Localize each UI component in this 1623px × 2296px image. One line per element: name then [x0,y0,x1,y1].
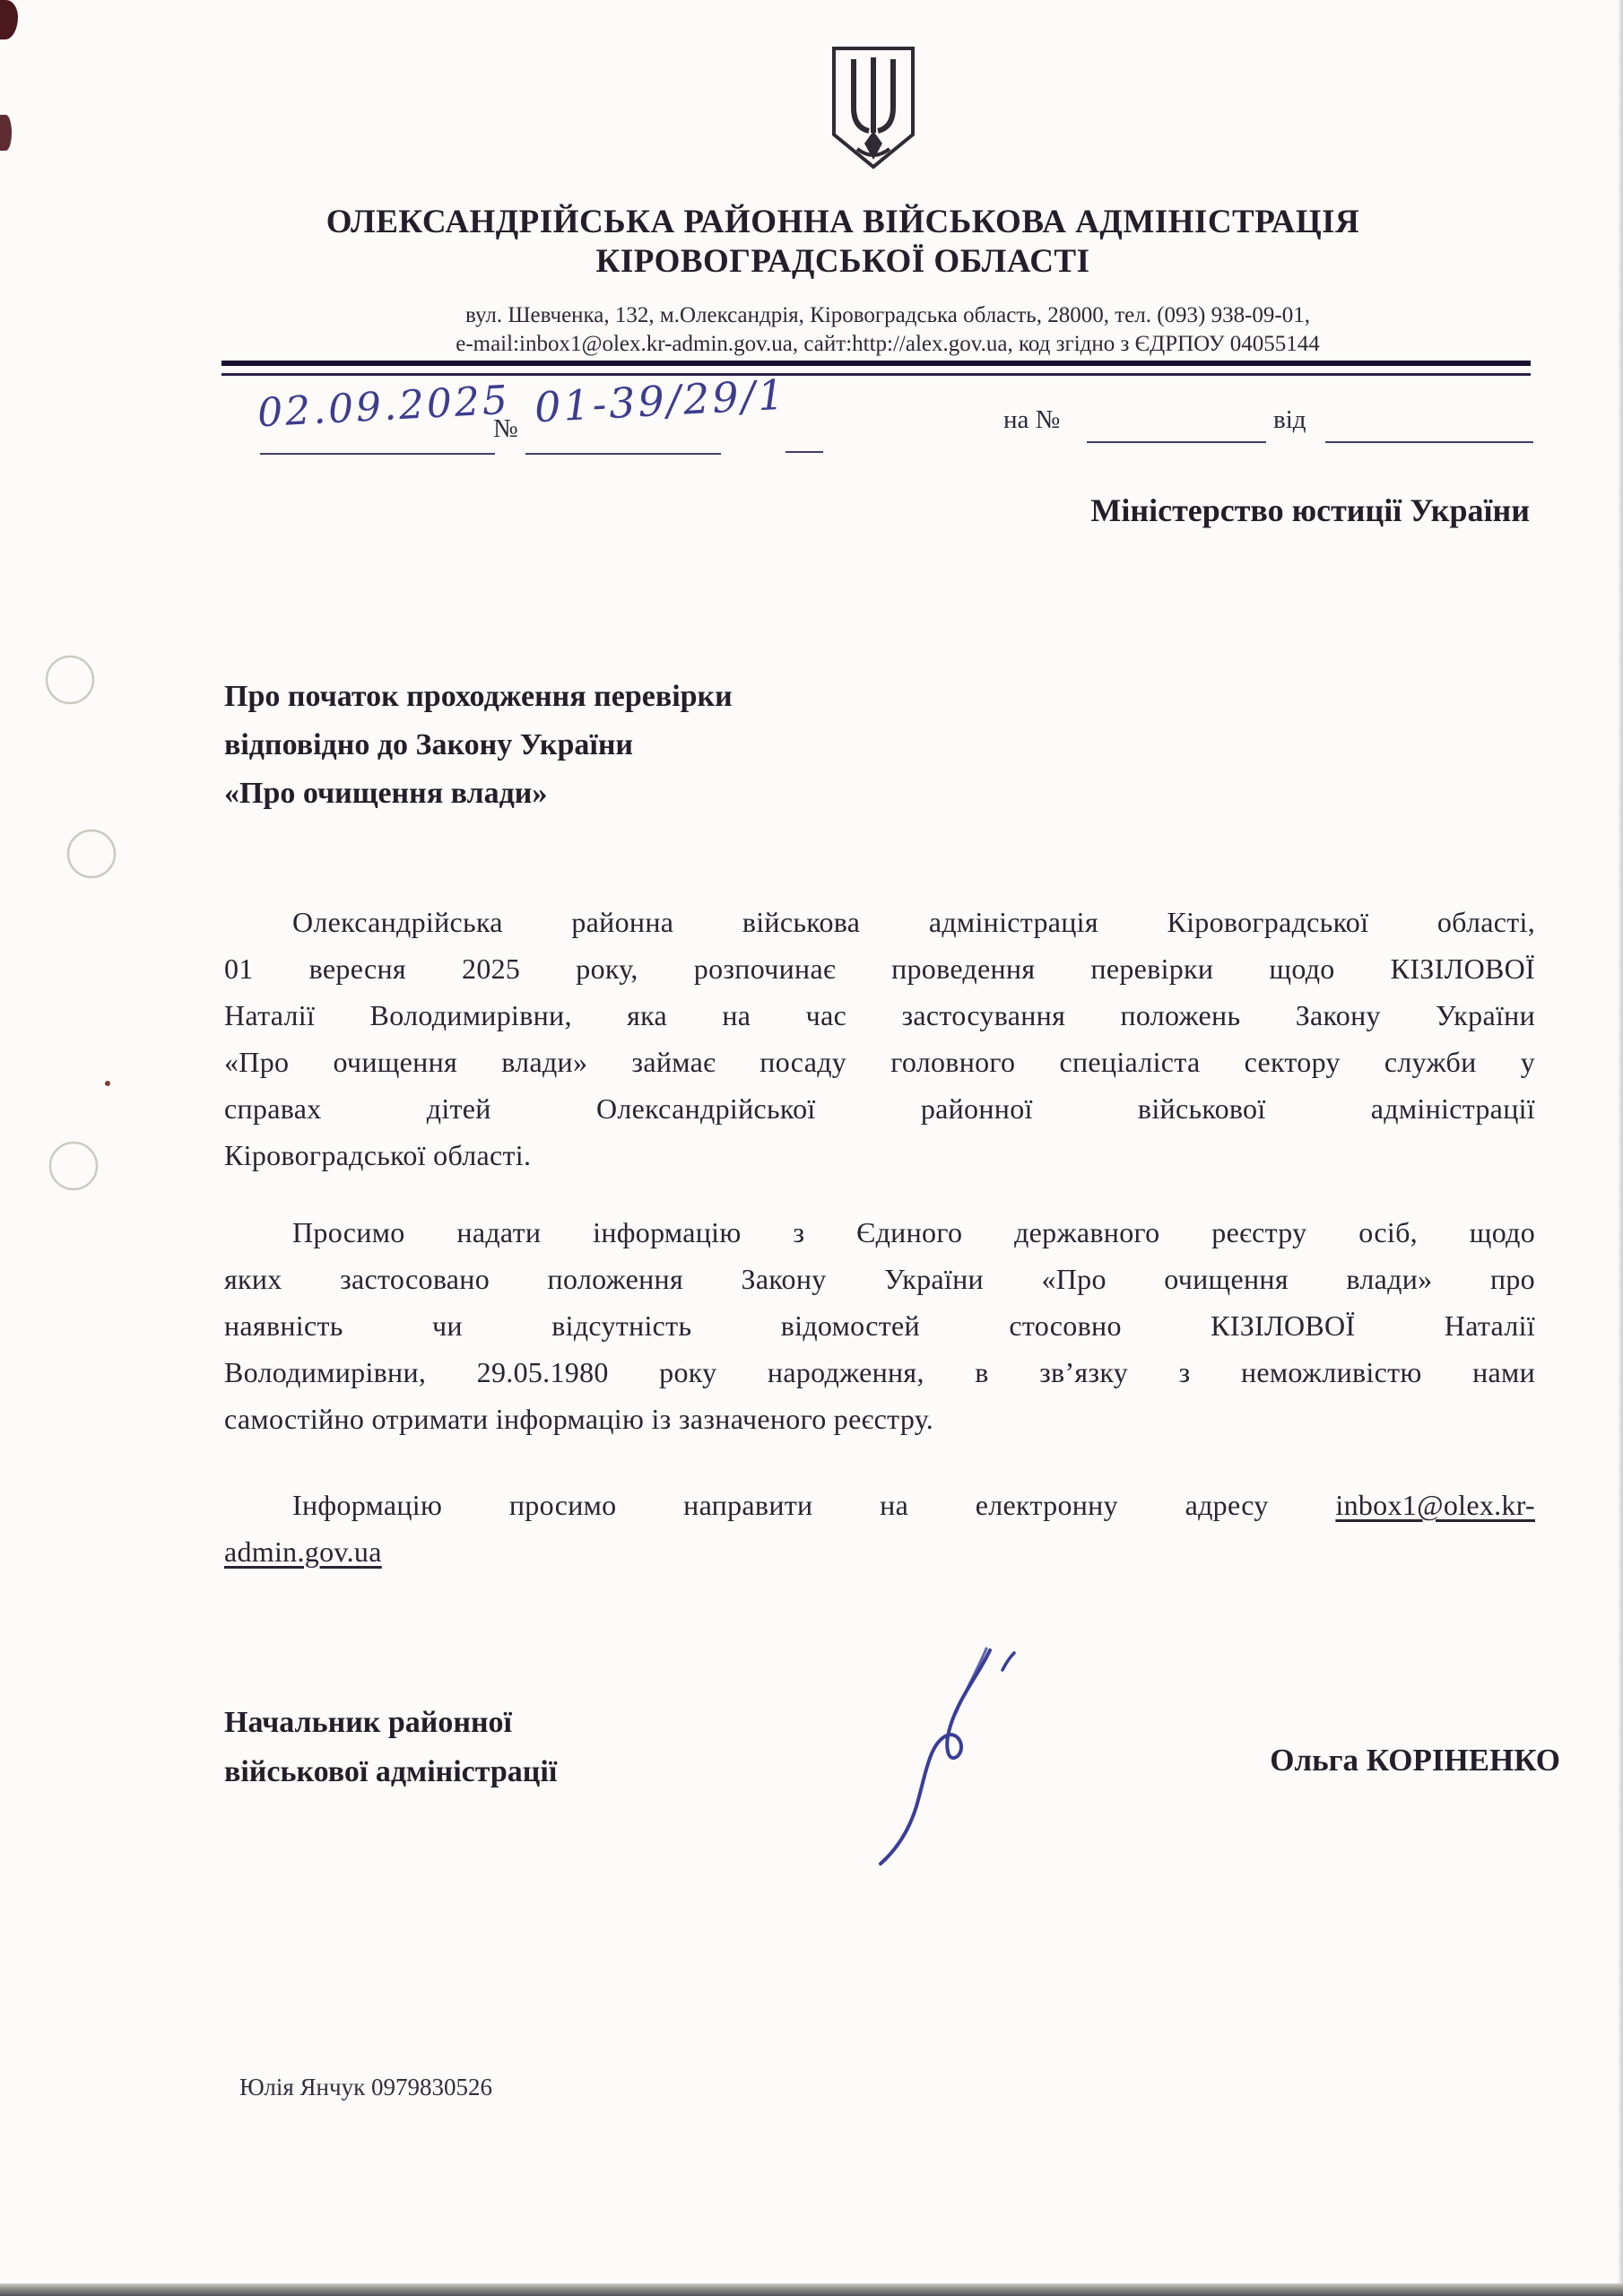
email-link: admin.gov.ua [224,1535,382,1568]
subject-line: Про початок проходження перевірки [224,673,1031,721]
reply-date-underline [1325,441,1533,443]
signer-position-line1: Начальник районної [224,1698,557,1747]
number-underline-short [785,451,823,453]
body-line: Кіровоградської області. [224,1132,1535,1178]
reply-date-label: від [1273,405,1306,435]
subject-line: «Про очищення влади» [224,770,1031,818]
body-paragraph-3: Інформацію просимо направити на електрон… [224,1482,1535,1575]
body-line: самостійно отримати інформацію із зазнач… [224,1396,1535,1442]
scanner-bottom-edge [0,2283,1623,2296]
scan-edge-mark [0,115,12,151]
hole-punch-marks [36,628,161,1220]
org-address-line2: e-mail:inbox1@olex.kr-admin.gov.ua, сайт… [143,332,1623,357]
date-underline [260,453,495,455]
body-text: Інформацію просимо направити на електрон… [292,1489,1269,1521]
body-line: «Про очищення влади» займає посаду голов… [224,1039,1535,1085]
handwritten-date: 02.09.2025 [256,378,511,437]
signer-name: Ольга КОРІНЕНКО [986,1743,1560,1779]
org-address-line1: вул. Шевченка, 132, м.Олександрія, Кіров… [143,303,1623,328]
ukraine-trident-emblem-icon [827,45,920,172]
body-line: наявність чи відсутність відомостей стос… [224,1302,1535,1349]
body-paragraph-1: Олександрійська районна військова адміні… [224,899,1535,1178]
org-name-line2: КІРОВОГРАДСЬКОЇ ОБЛАСТІ [81,242,1605,281]
body-line: яких застосовано положення Закону Україн… [224,1256,1535,1302]
email-link: inbox1@olex.kr- [1335,1489,1535,1521]
body-line: Інформацію просимо направити на електрон… [224,1482,1535,1528]
signer-position: Начальник районної військової адміністра… [224,1698,557,1796]
body-line: Олександрійська районна військова адміні… [224,899,1535,945]
body-line: Наталії Володимирівни, яка на час застос… [224,992,1535,1039]
body-paragraph-2: Просимо надати інформацію з Єдиного держ… [224,1209,1535,1442]
executor-contact: Юлія Янчук 0979830526 [239,2074,492,2101]
signer-position-line2: військової адміністрації [224,1747,557,1796]
body-line: справах дітей Олександрійської районної … [224,1085,1535,1132]
body-line: admin.gov.ua [224,1528,1535,1575]
body-line: Просимо надати інформацію з Єдиного держ… [224,1209,1535,1256]
body-line: 01 вересня 2025 року, розпочинає проведе… [224,945,1535,992]
number-underline [525,453,721,455]
reply-number-label: на № [1003,405,1060,435]
letterhead-divider-rule [221,361,1531,376]
reply-number-underline [1087,441,1266,443]
subject-block: Про початок проходження перевірки відпов… [224,673,1031,818]
scan-speck [105,1081,110,1086]
number-sign-label: № [493,414,518,444]
body-line: Володимирівни, 29.05.1980 року народженн… [224,1349,1535,1396]
handwritten-outgoing-number: 01-39/29/1 [534,370,788,432]
org-name-line1: ОЛЕКСАНДРІЙСЬКА РАЙОННА ВІЙСЬКОВА АДМІНІ… [81,203,1605,241]
scan-edge-shadow [1618,0,1623,2296]
subject-line: відповідно до Закону України [224,721,1031,770]
recipient-name: Міністерство юстиції України [807,491,1530,529]
scanned-letter-page: ОЛЕКСАНДРІЙСЬКА РАЙОННА ВІЙСЬКОВА АДМІНІ… [0,0,1623,2296]
scan-edge-mark [0,0,18,39]
